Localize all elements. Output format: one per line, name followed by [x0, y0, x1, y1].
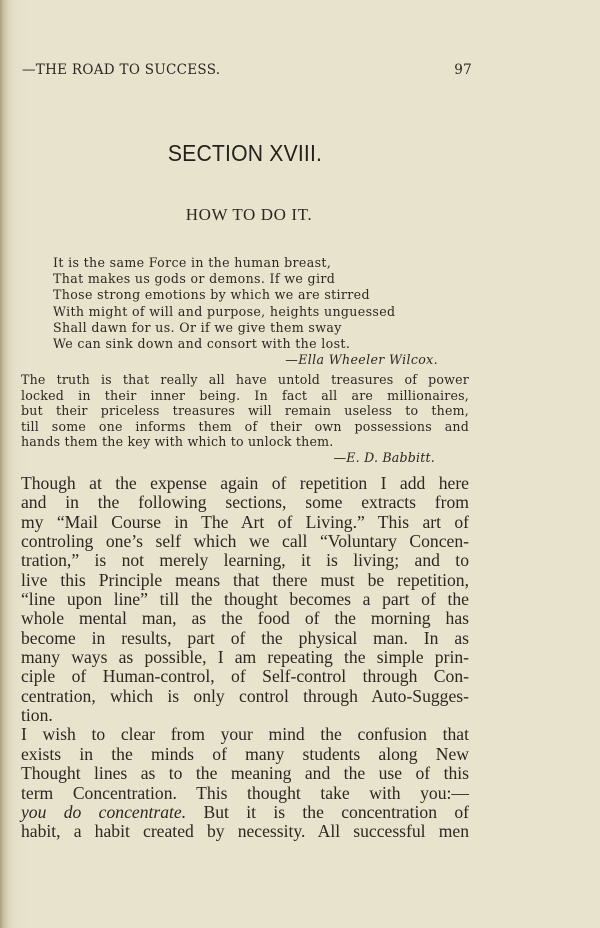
text-line: exists in the minds of many students alo… [21, 745, 469, 764]
text-line: habit, a habit created by necessity. All… [21, 822, 469, 841]
paragraph-2: I wish to clear from your mind the confu… [21, 725, 469, 841]
text-line: tion. [21, 706, 469, 725]
text-line: Thought lines as to the meaning and the … [21, 764, 469, 783]
text-line: and in the following sections, some extr… [21, 493, 469, 512]
text-line: live this Principle means that there mus… [21, 571, 469, 590]
section-subtitle: HOW TO DO IT. [0, 205, 498, 225]
text-line: my “Mail Course in The Art of Living.” T… [21, 513, 469, 532]
running-head: —THE ROAD TO SUCCESS. 97 [22, 62, 472, 78]
epigraph-poem: It is the same Force in the human breast… [53, 255, 438, 368]
page-number: 97 [454, 62, 472, 78]
text-line: become in results, part of the physical … [21, 629, 469, 648]
poem-line: With might of will and purpose, heights … [53, 304, 438, 320]
paragraph-1: Though at the expense again of repetitio… [21, 474, 469, 725]
book-page: —THE ROAD TO SUCCESS. 97 SECTION XVIII. … [0, 0, 600, 928]
text-line: many ways as possible, I am repeating th… [21, 648, 469, 667]
poem-line: We can sink down and consort with the lo… [53, 336, 438, 352]
running-head-title: —THE ROAD TO SUCCESS. [22, 62, 220, 78]
poem-line: That makes us gods or demons. If we gird [53, 271, 438, 287]
poem-line: Those strong emotions by which we are st… [53, 287, 438, 303]
section-title: SECTION XVIII. [20, 140, 471, 167]
text-fragment: But it is the concentration of [186, 802, 469, 822]
poem-attribution: —Ella Wheeler Wilcox. [53, 352, 438, 368]
prose-line: but their priceless treasures will remai… [21, 403, 469, 419]
text-line: centration, which is only control throug… [21, 687, 469, 706]
text-line-mixed: you do concentrate. But it is the concen… [21, 803, 469, 822]
body-text: Though at the expense again of repetitio… [21, 474, 469, 842]
text-line: term Concentration. This thought take wi… [21, 784, 469, 803]
prose-line: The truth is that really all have untold… [21, 372, 469, 388]
text-line: Though at the expense again of repetitio… [21, 474, 469, 493]
text-line: whole mental man, as the food of the mor… [21, 609, 469, 628]
poem-line: Shall dawn for us. Or if we give them sw… [53, 320, 438, 336]
prose-line: till some one informs them of their own … [21, 419, 469, 435]
text-line: tration,” is not merely learning, it is … [21, 551, 469, 570]
prose-line: hands them the key with which to unlock … [21, 434, 469, 450]
text-line: ciple of Human-control, of Self-control … [21, 667, 469, 686]
poem-line: It is the same Force in the human breast… [53, 255, 438, 271]
prose-line: locked in their inner being. In fact all… [21, 388, 469, 404]
prose-attribution: —E. D. Babbitt. [21, 450, 435, 466]
text-line: I wish to clear from your mind the confu… [21, 725, 469, 744]
text-line: “line upon line” till the thought become… [21, 590, 469, 609]
epigraph-prose: The truth is that really all have untold… [21, 372, 469, 466]
emphasis-text: you do concentrate. [21, 802, 186, 822]
text-line: controling one’s self which we call “Vol… [21, 532, 469, 551]
